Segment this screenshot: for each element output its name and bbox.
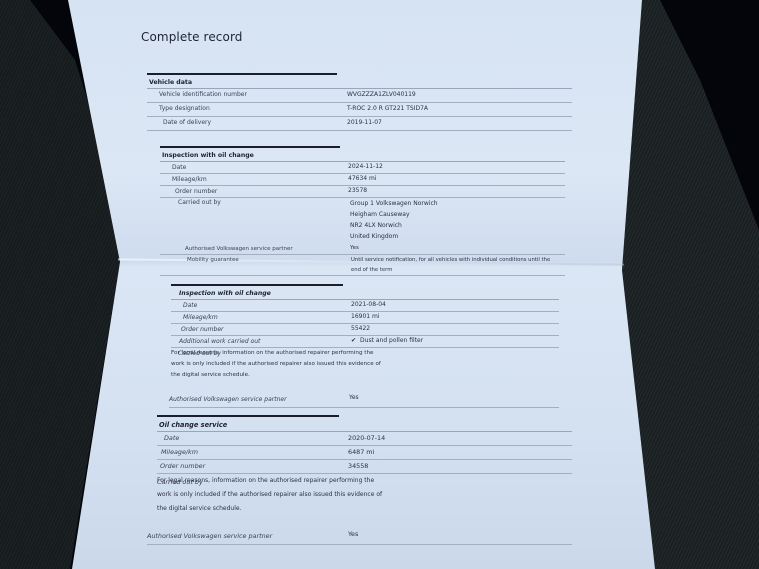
row-label: Mileage/km — [160, 174, 207, 185]
mileage-value: 6487 mi — [348, 448, 374, 456]
section-heading: Inspection with oil change — [171, 289, 559, 300]
section-heading: Inspection with oil change — [160, 151, 565, 162]
vin-value: WVGZZZA1ZLV040119 — [347, 91, 416, 98]
row-label: Date — [160, 162, 186, 173]
table-row: Mileage/km 16901 mi — [171, 312, 559, 324]
table-row: Vehicle identification number WVGZZZA1ZL… — [147, 89, 572, 103]
mileage-value: 47634 mi — [348, 175, 377, 182]
address-line: NR2 4LX Norwich — [350, 220, 438, 231]
row-label: Carried out by — [178, 350, 221, 357]
row-label: Mileage/km — [171, 312, 218, 323]
service-partner-value: Yes — [348, 530, 358, 538]
section-divider — [160, 146, 340, 148]
order-number-value: 55422 — [351, 325, 370, 332]
table-row: Date of delivery 2019-11-07 — [147, 117, 572, 131]
row-label: Type designation — [147, 103, 210, 116]
date-value: 2020-07-14 — [348, 434, 385, 442]
order-number-value: 34558 — [348, 462, 368, 470]
section-divider — [157, 415, 339, 417]
delivery-date-value: 2019-11-07 — [347, 119, 382, 126]
address-line: United Kingdom — [350, 231, 438, 242]
table-row: Order number 55422 — [171, 324, 559, 336]
text-line: For legal reasons, information on the au… — [157, 474, 572, 488]
table-row: Date 2024-11-12 — [160, 162, 565, 174]
document-title: Complete record — [141, 30, 242, 44]
table-row: Mobility guarantee Until service notific… — [160, 255, 565, 276]
date-value: 2024-11-12 — [348, 163, 383, 170]
additional-work-value: ✔Dust and pollen filter — [351, 337, 423, 344]
service-partner-value: Yes — [349, 394, 359, 401]
text-line: work is only included if the authorised … — [171, 359, 559, 370]
section-inspection-2024: Inspection with oil change Date 2024-11-… — [160, 146, 565, 276]
checkmark-icon: ✔ — [351, 337, 356, 344]
section-heading: Vehicle data — [147, 78, 572, 89]
section-oil-change-2020: Oil change service Date 2020-07-14 Milea… — [157, 415, 572, 545]
row-label: Mileage/km — [157, 446, 198, 459]
address-line: Heigham Causeway — [350, 209, 438, 220]
carried-out-by-value: For legal reasons, information on the au… — [171, 348, 559, 381]
row-label: Date — [157, 432, 179, 445]
text-line: the digital service schedule. — [171, 370, 559, 381]
section-vehicle-data: Vehicle data Vehicle identification numb… — [147, 73, 572, 131]
mileage-value: 16901 mi — [351, 313, 380, 320]
row-label: Mobility guarantee — [160, 255, 239, 275]
table-row: Authorised Volkswagen service partner Ye… — [169, 392, 559, 408]
table-row: Type designation T-ROC 2.0 R GT221 TSID7… — [147, 103, 572, 117]
table-row: Authorised Volkswagen service partner Ye… — [160, 244, 565, 255]
table-row: Order number 34558 — [157, 460, 572, 474]
row-label: Authorised Volkswagen service partner — [147, 526, 272, 544]
row-label: Additional work carried out — [171, 336, 260, 347]
row-label: Order number — [160, 186, 217, 197]
service-record-document: Complete record Vehicle data Vehicle ide… — [0, 0, 759, 569]
table-row: Carried out by For legal reasons, inform… — [171, 348, 559, 392]
service-partner-value: Yes — [350, 245, 359, 251]
table-row: Mileage/km 47634 mi — [160, 174, 565, 186]
row-label: Date of delivery — [147, 117, 211, 130]
text-line: For legal reasons, information on the au… — [171, 348, 559, 359]
text-line: Until service notification, for all vehi… — [351, 255, 550, 265]
address-line: Group 1 Volkswagen Norwich — [350, 198, 438, 209]
order-number-value: 23578 — [348, 187, 367, 194]
table-row: Date 2020-07-14 — [157, 432, 572, 446]
row-label: Order number — [157, 460, 205, 473]
table-row: Order number 23578 — [160, 186, 565, 198]
section-divider — [147, 73, 337, 75]
carried-out-by-value: For legal reasons, information on the au… — [157, 474, 572, 516]
text-line: the digital service schedule. — [157, 502, 572, 516]
text-line: work is only included if the authorised … — [157, 488, 572, 502]
row-label: Carried out by — [157, 478, 203, 486]
row-label: Authorised Volkswagen service partner — [169, 392, 287, 407]
carried-out-by-value: Group 1 Volkswagen Norwich Heigham Cause… — [350, 198, 438, 242]
table-row: Authorised Volkswagen service partner Ye… — [147, 526, 572, 545]
date-value: 2021-08-04 — [351, 301, 386, 308]
table-row: Carried out by For legal reasons, inform… — [157, 474, 572, 526]
additional-work-text: Dust and pollen filter — [360, 337, 423, 344]
text-line: end of the term — [351, 265, 550, 275]
row-label: Order number — [171, 324, 223, 335]
section-inspection-2021: Inspection with oil change Date 2021-08-… — [171, 284, 559, 408]
table-row: Date 2021-08-04 — [171, 300, 559, 312]
section-divider — [171, 284, 343, 286]
type-designation-value: T-ROC 2.0 R GT221 TSID7A — [347, 105, 428, 112]
row-label: Carried out by — [178, 199, 221, 206]
row-label: Date — [171, 300, 197, 311]
section-heading: Oil change service — [157, 420, 572, 432]
table-row: Carried out by Group 1 Volkswagen Norwic… — [160, 198, 565, 244]
row-label: Vehicle identification number — [147, 89, 247, 102]
table-row: Additional work carried out ✔Dust and po… — [171, 336, 559, 348]
table-row: Mileage/km 6487 mi — [157, 446, 572, 460]
row-label: Authorised Volkswagen service partner — [160, 244, 293, 254]
mobility-guarantee-value: Until service notification, for all vehi… — [351, 255, 550, 275]
